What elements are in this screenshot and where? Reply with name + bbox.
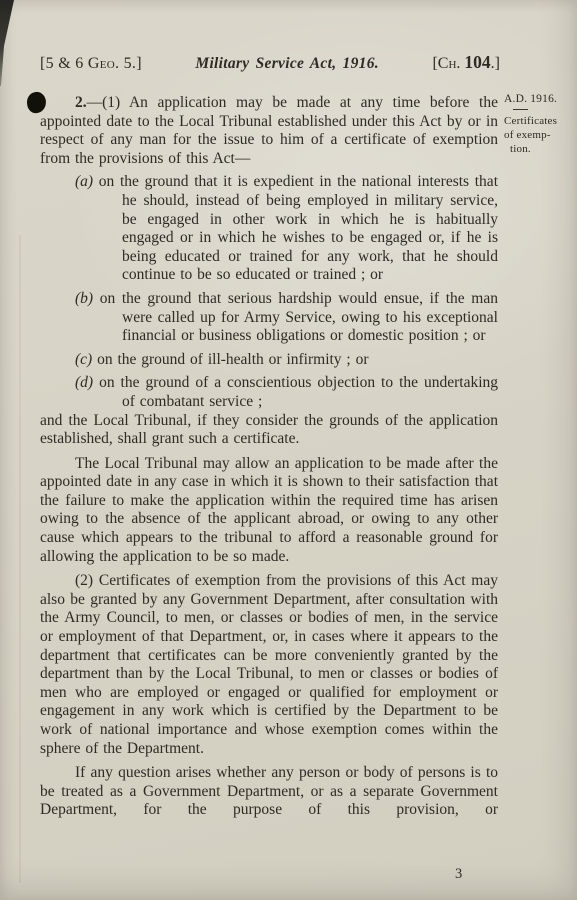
margin-notes: A.D. 1916. Certificates of exemp- tion.	[504, 93, 574, 156]
document-body: 2.—(1) An application may be made at any…	[40, 88, 498, 820]
body-paragraph: The Local Tribunal may allow an applicat…	[40, 449, 498, 567]
body-paragraph: and the Local Tribunal, if they consider…	[40, 412, 498, 449]
section-intro-text: —(1) An application may be made at any t…	[40, 94, 498, 167]
list-item-marker: (b)	[75, 290, 93, 307]
document-header: [5 & 6 Geo. 5.] Military Service Act, 19…	[40, 52, 500, 73]
body-paragraph: If any question arises whether any perso…	[40, 758, 498, 820]
page-crease	[19, 235, 21, 883]
list-item-marker: (a)	[75, 173, 93, 190]
chapter-citation: [Ch.104.]	[432, 52, 500, 73]
chapter-suffix: .]	[491, 55, 500, 72]
chapter-prefix: [Ch.	[432, 55, 460, 72]
list-item-marker: (d)	[75, 374, 93, 391]
section-intro-paragraph: 2.—(1) An application may be made at any…	[40, 88, 498, 168]
list-item-text: on the ground of a conscientious objecti…	[99, 374, 498, 410]
list-item: (a) on the ground that it is expedient i…	[40, 168, 498, 285]
list-item: (c) on the ground of ill-health or infir…	[40, 346, 498, 370]
list-item-marker: (c)	[75, 351, 92, 368]
list-item: (d) on the ground of a conscientious obj…	[40, 369, 498, 411]
list-item-text: on the ground that serious hardship woul…	[100, 290, 498, 344]
body-paragraph: (2) Certificates of exemption from the p…	[40, 566, 498, 758]
list-item: (b) on the ground that serious hardship …	[40, 285, 498, 346]
scanned-document-page: [5 & 6 Geo. 5.] Military Service Act, 19…	[0, 0, 577, 900]
margin-note-year: A.D. 1916.	[504, 93, 574, 105]
margin-note-rule	[513, 109, 528, 110]
scan-edge-artifact	[0, 0, 16, 86]
list-item-text: on the ground that it is expedient in th…	[99, 173, 498, 283]
page-number: 3	[455, 866, 462, 883]
document-title: Military Service Act, 1916.	[195, 55, 379, 73]
regnal-year-citation: [5 & 6 Geo. 5.]	[40, 55, 142, 73]
chapter-number: 104	[464, 52, 490, 72]
section-number: 2.	[75, 94, 87, 111]
margin-note-line: tion.	[504, 142, 574, 156]
margin-note-line: of exemp-	[504, 128, 574, 142]
margin-note-line: Certificates	[504, 114, 574, 128]
list-item-text: on the ground of ill-health or infirmity…	[97, 351, 368, 368]
